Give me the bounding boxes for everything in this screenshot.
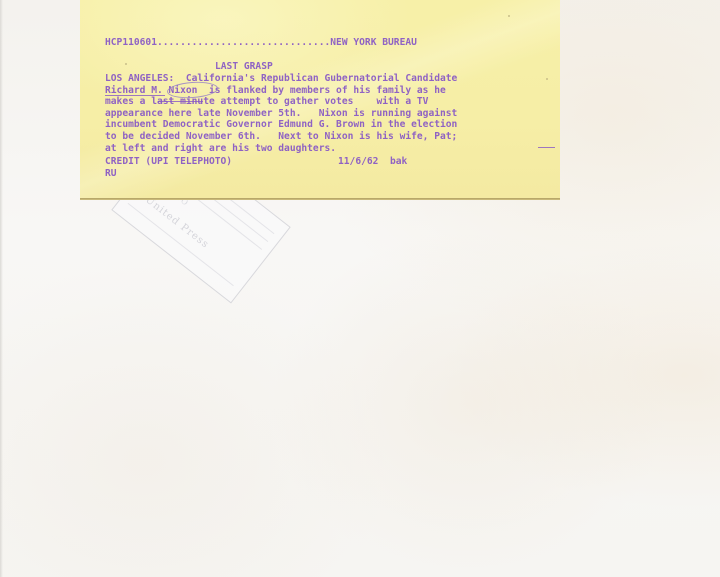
paper-speck xyxy=(125,63,127,65)
caption-slip: HCP110601..............................N… xyxy=(80,0,560,199)
caption-line: incumbent Democratic Governor Edmund G. … xyxy=(105,119,457,131)
slug-line: HCP110601..............................N… xyxy=(105,37,417,49)
photo-edge xyxy=(0,0,3,577)
strikethrough-mark xyxy=(158,101,203,102)
caption-body: LOS ANGELES: California's Republican Gub… xyxy=(105,73,457,154)
desk-code: RU xyxy=(105,168,117,180)
photo-credit: CREDIT (UPI TELEPHOTO) xyxy=(105,156,232,168)
wife-underline-mark xyxy=(538,147,555,148)
caption-line: LOS ANGELES: California's Republican Gub… xyxy=(105,73,457,85)
bureau-name: NEW YORK BUREAU xyxy=(330,37,417,48)
slug-code: HCP110601.............................. xyxy=(105,37,330,48)
paper-speck xyxy=(546,78,548,80)
name-underline-mark xyxy=(105,95,165,96)
caption-headline: LAST GRASP xyxy=(215,61,273,73)
caption-line: appearance here late November 5th. Nixon… xyxy=(105,108,457,120)
date-signature: 11/6/62 bak xyxy=(338,156,407,168)
caption-line: to be decided November 6th. Next to Nixo… xyxy=(105,131,457,143)
caption-line: at left and right are his two daughters. xyxy=(105,143,457,155)
paper-speck xyxy=(508,15,510,17)
